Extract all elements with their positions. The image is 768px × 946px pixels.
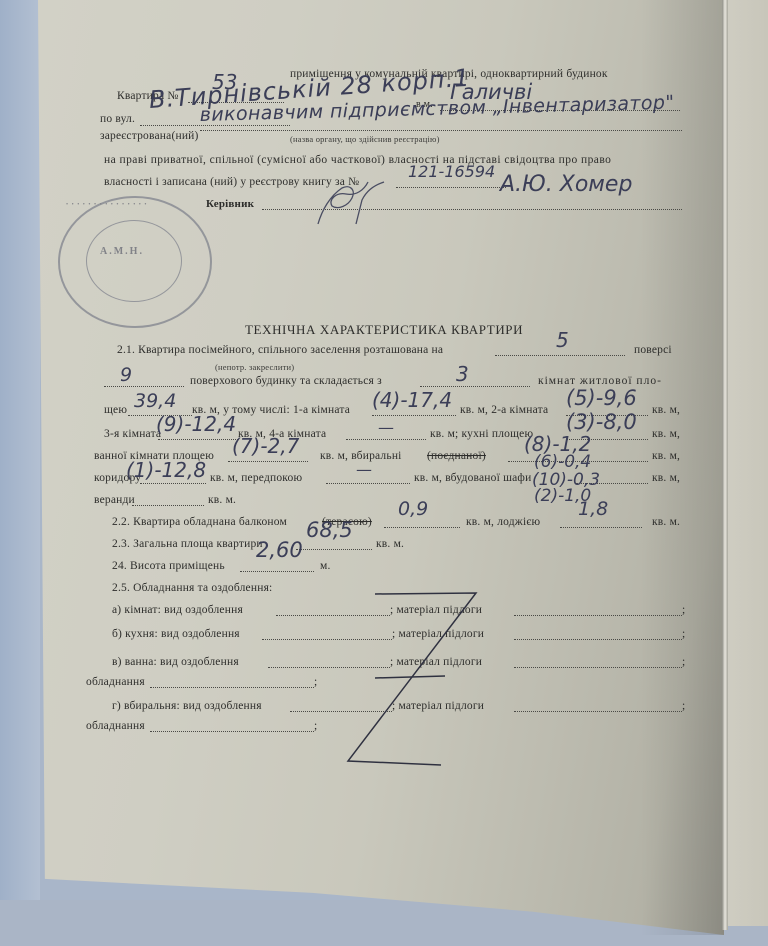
handwritten-marks bbox=[0, 0, 768, 946]
cancellation-z-mark bbox=[348, 593, 476, 765]
signature-mark bbox=[318, 182, 384, 224]
